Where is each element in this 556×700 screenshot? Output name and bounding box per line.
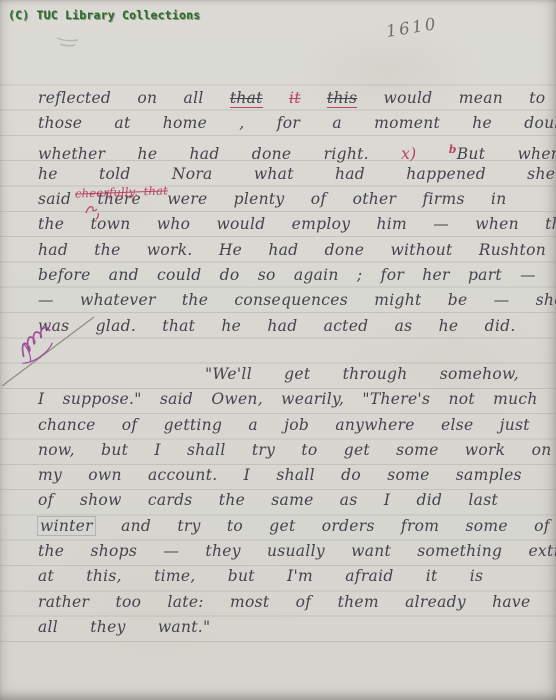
line-text: had the work. He had done without Rushto… <box>38 241 546 259</box>
line-text: But when <box>457 145 556 163</box>
manuscript-line: had the work. He had done without Rushto… <box>38 238 522 263</box>
manuscript-line: I suppose." said Owen, wearily, "There's… <box>38 387 522 412</box>
line-text: he told Nora what had happened she <box>38 165 555 183</box>
line-text: at this, time, but I'm afraid it is <box>38 567 483 585</box>
line-text: and try to get orders from some of <box>121 517 550 535</box>
line-text: said <box>38 190 71 208</box>
manuscript-line: now, but I shall try to get some work on <box>38 438 522 463</box>
manuscript-line: all they want." <box>38 615 522 640</box>
manuscript-line: "We'll get through somehow, <box>38 362 522 387</box>
handwritten-text-block: reflected on all that it this would mean… <box>38 86 522 640</box>
line-text: now, but I shall try to get some work on <box>38 441 552 459</box>
line-text: chance of getting a job anywhere else ju… <box>38 416 530 434</box>
line-text: my own account. I shall do some samples <box>38 466 522 484</box>
line-text: before and could do so again ; for her p… <box>38 266 536 284</box>
line-text: whether he had done right. <box>38 145 369 163</box>
line-text: "We'll get through somehow, <box>205 365 519 383</box>
manuscript-line: chance of getting a job anywhere else ju… <box>38 413 522 438</box>
manuscript-line: was glad. that he had acted as he did. <box>38 314 522 339</box>
manuscript-line: reflected on all that it this would mean… <box>38 86 522 111</box>
line-text: the shops — they usually want something … <box>38 542 556 560</box>
pencil-squiggle <box>57 38 78 46</box>
red-letter-correction: b <box>449 143 457 156</box>
manuscript-line: the shops — they usually want something … <box>38 539 522 564</box>
struck-word: that <box>230 89 263 108</box>
manuscript-line: of show cards the same as I did last <box>38 488 522 513</box>
line-text: would mean to <box>384 89 546 107</box>
manuscript-line: whether he had done right. x) bBut when <box>38 137 522 162</box>
manuscript-line: the town who would employ him — when the… <box>38 212 522 237</box>
line-text: I suppose." said Owen, wearily, "There's… <box>38 390 538 408</box>
line-text: of show cards the same as I did last <box>38 491 498 509</box>
line-text: — whatever the consequences might be — s… <box>38 291 556 309</box>
manuscript-line: he told Nora what had happened she <box>38 162 522 187</box>
line-text: the town who would employ him — when the… <box>38 215 556 233</box>
manuscript-line: my own account. I shall do some samples <box>38 463 522 488</box>
line-text: all they want." <box>38 618 210 636</box>
manuscript-line: rather too late: most of them already ha… <box>38 590 522 615</box>
manuscript-line: before and could do so again ; for her p… <box>38 263 522 288</box>
boxed-word: winter <box>38 517 95 535</box>
library-watermark: (C) TUC Library Collections <box>8 8 200 22</box>
red-editor-mark: x) <box>401 145 416 163</box>
manuscript-page-scan: (C) TUC Library Collections 1610 reflect… <box>0 0 556 700</box>
line-text: rather too late: most of them already ha… <box>38 593 530 611</box>
line-text: those at home , for a moment he doubted <box>38 114 556 132</box>
manuscript-line: those at home , for a moment he doubted <box>38 111 522 136</box>
page-number: 1610 <box>385 14 439 41</box>
struck-word: this <box>327 89 357 108</box>
red-inserted-word: it <box>289 89 301 107</box>
manuscript-line: at this, time, but I'm afraid it is <box>38 564 522 589</box>
manuscript-line: — whatever the consequences might be — s… <box>38 288 522 313</box>
manuscript-line: winter and try to get orders from some o… <box>38 514 522 539</box>
line-text: reflected on all <box>38 89 204 107</box>
line-text: was glad. that he had acted as he did. <box>38 317 516 335</box>
